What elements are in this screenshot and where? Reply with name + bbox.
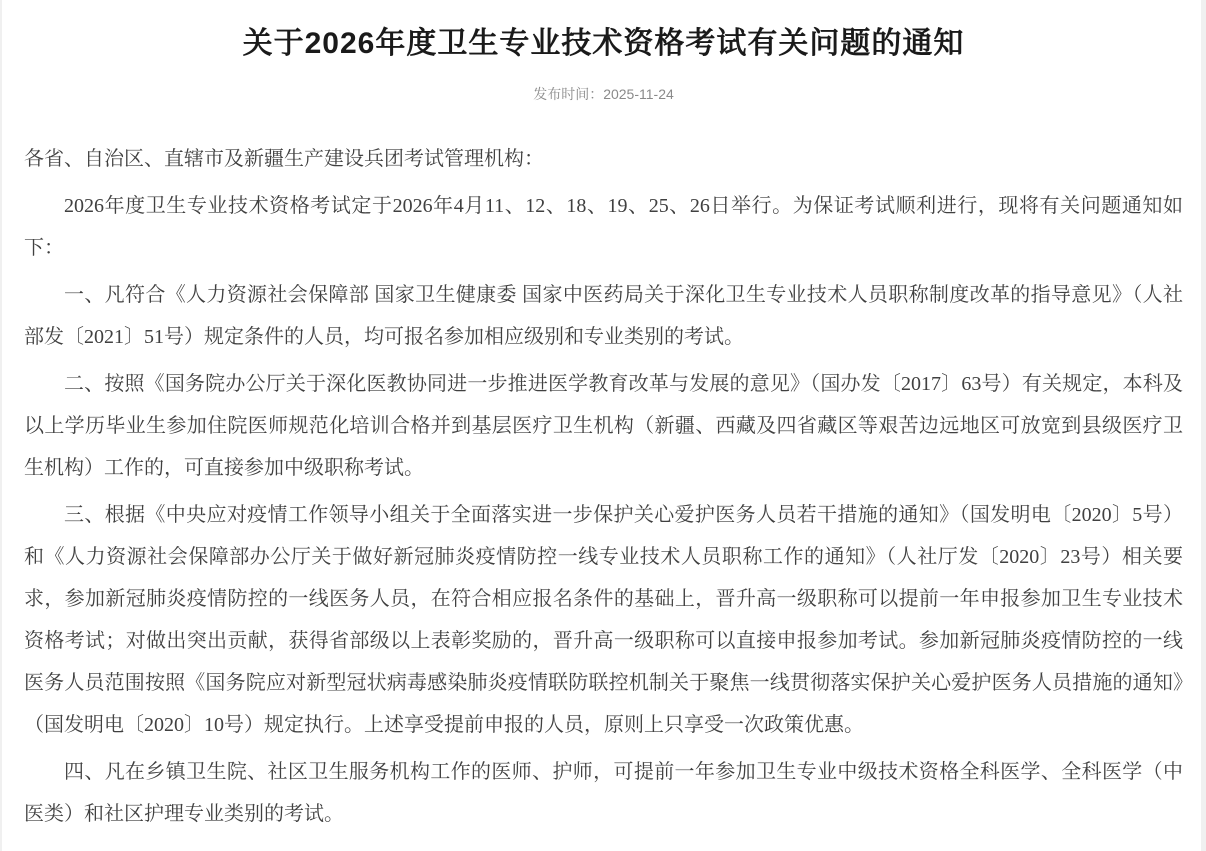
addressee-line: 各省、自治区、直辖市及新疆生产建设兵团考试管理机构： xyxy=(24,138,1183,180)
publish-date: 发布时间：2025-11-24 xyxy=(24,84,1183,104)
publish-date-value: 2025-11-24 xyxy=(603,86,674,102)
notice-paragraph-item-3: 三、根据《中央应对疫情工作领导小组关于全面落实进一步保护关心爱护医务人员若干措施… xyxy=(24,494,1183,746)
notice-paragraph-item-4: 四、凡在乡镇卫生院、社区卫生服务机构工作的医师、护师，可提前一年参加卫生专业中级… xyxy=(24,751,1183,835)
notice-paragraph-item-2: 二、按照《国务院办公厅关于深化医教协同进一步推进医学教育改革与发展的意见》（国办… xyxy=(24,363,1183,489)
publish-date-label: 发布时间： xyxy=(533,86,603,102)
notice-paragraph-item-1: 一、凡符合《人力资源社会保障部 国家卫生健康委 国家中医药局关于深化卫生专业技术… xyxy=(24,274,1183,358)
notice-paragraph-intro: 2026年度卫生专业技术资格考试定于2026年4月11、12、18、19、25、… xyxy=(24,185,1183,269)
notice-body: 各省、自治区、直辖市及新疆生产建设兵团考试管理机构： 2026年度卫生专业技术资… xyxy=(24,138,1183,835)
notice-page: 关于2026年度卫生专业技术资格考试有关问题的通知 发布时间：2025-11-2… xyxy=(2,0,1201,851)
page-title: 关于2026年度卫生专业技术资格考试有关问题的通知 xyxy=(24,26,1183,62)
